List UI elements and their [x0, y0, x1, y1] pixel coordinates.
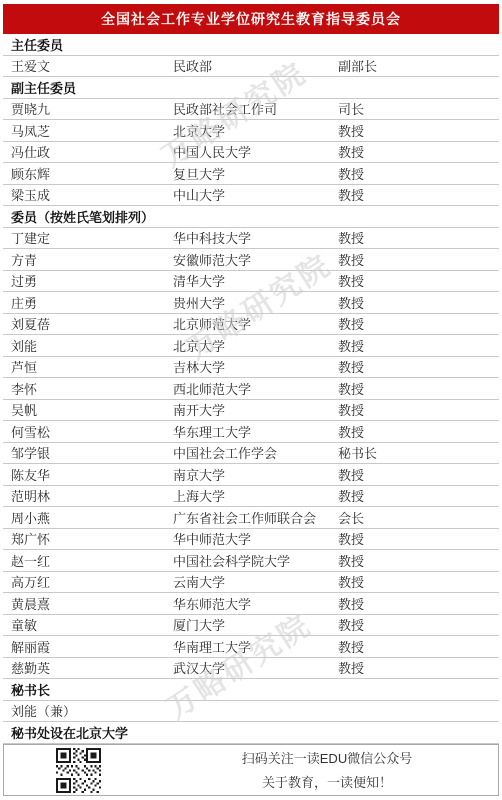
section-row: 副主任委员 [3, 77, 499, 99]
member-org-cell: 清华大学 [173, 271, 338, 290]
member-org-cell: 南开大学 [173, 400, 338, 419]
member-name-cell: 范明林 [11, 486, 173, 505]
table-row: 梁玉成 中山大学 教授 [3, 185, 499, 207]
section-label: 秘书处设在北京大学 [11, 723, 499, 742]
member-title-cell: 教授 [338, 572, 499, 591]
member-title-cell: 教授 [338, 228, 499, 247]
member-title-cell: 教授 [338, 164, 499, 183]
table-row: 芦恒 吉林大学 教授 [3, 357, 499, 379]
member-name-cell: 慈勤英 [11, 658, 173, 677]
member-title-cell: 教授 [338, 142, 499, 161]
member-name-cell: 丁建定 [11, 228, 173, 247]
page-title: 全国社会工作专业学位研究生教育指导委员会 [3, 4, 499, 34]
qr-code-image [56, 748, 101, 793]
member-name-cell: 解丽霞 [11, 637, 173, 656]
member-title-cell: 教授 [338, 185, 499, 204]
table-row: 吴帆 南开大学 教授 [3, 400, 499, 422]
member-title-cell: 教授 [338, 379, 499, 398]
member-title-cell: 副部长 [338, 56, 499, 75]
member-title-cell: 教授 [338, 637, 499, 656]
table-row: 王爱文 民政部 副部长 [3, 56, 499, 78]
member-org-cell: 安徽师范大学 [173, 250, 338, 269]
footer: 扫码关注一读EDU微信公众号 关于教育，一读便知！ [3, 744, 499, 796]
member-name-cell: 邹学银 [11, 443, 173, 462]
table-row: 贾晓九 民政部社会工作司 司长 [3, 99, 499, 121]
member-name-cell: 梁玉成 [11, 185, 173, 204]
member-org-cell: 华中科技大学 [173, 228, 338, 247]
table-row: 丁建定 华中科技大学 教授 [3, 228, 499, 250]
table-row: 过勇 清华大学 教授 [3, 271, 499, 293]
committee-table: 主任委员 王爱文 民政部 副部长 副主任委员 贾晓九 民政部社会工作司 司长 马… [3, 34, 499, 744]
member-name-cell: 王爱文 [11, 56, 173, 75]
member-org-cell: 中国人民大学 [173, 142, 338, 161]
member-title-cell: 教授 [338, 400, 499, 419]
member-title-cell: 教授 [338, 422, 499, 441]
table-row: 马凤芝 北京大学 教授 [3, 120, 499, 142]
member-title-cell: 教授 [338, 271, 499, 290]
table-row: 李怀 西北师范大学 教授 [3, 378, 499, 400]
member-name-cell: 李怀 [11, 379, 173, 398]
member-org-cell: 西北师范大学 [173, 379, 338, 398]
member-name-cell: 方青 [11, 250, 173, 269]
table-row: 何雪松 华东理工大学 教授 [3, 421, 499, 443]
member-org-cell: 贵州大学 [173, 293, 338, 312]
member-org-cell: 吉林大学 [173, 357, 338, 376]
member-org-cell: 中国社会科学院大学 [173, 551, 338, 570]
member-title-cell: 教授 [338, 357, 499, 376]
member-name-cell: 马凤芝 [11, 121, 173, 140]
member-title-cell: 秘书长 [338, 443, 499, 462]
member-name-cell: 何雪松 [11, 422, 173, 441]
member-name-cell: 刘能 [11, 336, 173, 355]
table-row: 童敏 厦门大学 教授 [3, 615, 499, 637]
member-title-cell: 教授 [338, 658, 499, 677]
member-org-cell: 民政部 [173, 56, 338, 75]
member-org-cell: 华南理工大学 [173, 637, 338, 656]
table-row: 刘能 北京大学 教授 [3, 335, 499, 357]
member-name-cell: 刘夏蓓 [11, 314, 173, 333]
table-row: 高万红 云南大学 教授 [3, 572, 499, 594]
member-title-cell: 教授 [338, 336, 499, 355]
table-row: 冯仕政 中国人民大学 教授 [3, 142, 499, 164]
member-title-cell: 教授 [338, 250, 499, 269]
member-name-cell: 贾晓九 [11, 99, 173, 118]
table-row: 庄勇 贵州大学 教授 [3, 292, 499, 314]
section-label: 秘书长 [11, 680, 499, 699]
member-org-cell: 上海大学 [173, 486, 338, 505]
table-row: 郑广怀 华中师范大学 教授 [3, 529, 499, 551]
table-row: 周小燕 广东省社会工作师联合会 会长 [3, 507, 499, 529]
member-org-cell: 复旦大学 [173, 164, 338, 183]
member-org-cell: 北京大学 [173, 336, 338, 355]
member-name-cell: 吴帆 [11, 400, 173, 419]
member-org-cell: 武汉大学 [173, 658, 338, 677]
section-row: 委员（按姓氏笔划排列） [3, 206, 499, 228]
member-name-cell: 冯仕政 [11, 142, 173, 161]
member-org-cell: 华东理工大学 [173, 422, 338, 441]
section-row: 秘书处设在北京大学 [3, 722, 499, 744]
member-name-cell: 陈友华 [11, 465, 173, 484]
member-name-cell: 童敏 [11, 615, 173, 634]
member-org-cell: 民政部社会工作司 [173, 99, 338, 118]
footer-line-1: 扫码关注一读EDU微信公众号 [156, 752, 498, 765]
section-row: 主任委员 [3, 34, 499, 56]
member-title-cell: 司长 [338, 99, 499, 118]
member-name-cell: 芦恒 [11, 357, 173, 376]
table-row: 刘能（兼） [3, 701, 499, 723]
member-name-cell: 赵一红 [11, 551, 173, 570]
member-org-cell: 中山大学 [173, 185, 338, 204]
footer-line-2: 关于教育，一读便知！ [156, 776, 498, 789]
table-row: 范明林 上海大学 教授 [3, 486, 499, 508]
member-org-cell: 广东省社会工作师联合会 [173, 508, 338, 527]
table-row: 刘夏蓓 北京师范大学 教授 [3, 314, 499, 336]
member-title-cell: 教授 [338, 314, 499, 333]
member-title-cell: 教授 [338, 551, 499, 570]
member-name-cell: 顾东辉 [11, 164, 173, 183]
member-org-cell: 南京大学 [173, 465, 338, 484]
member-org-cell: 北京师范大学 [173, 314, 338, 333]
member-title-cell: 教授 [338, 594, 499, 613]
table-row: 陈友华 南京大学 教授 [3, 464, 499, 486]
table-row: 邹学银 中国社会工作学会 秘书长 [3, 443, 499, 465]
table-row: 慈勤英 武汉大学 教授 [3, 658, 499, 680]
member-title-cell: 教授 [338, 486, 499, 505]
member-org-cell: 厦门大学 [173, 615, 338, 634]
section-label: 副主任委员 [11, 78, 499, 97]
member-title-cell: 教授 [338, 293, 499, 312]
member-name-cell: 周小燕 [11, 508, 173, 527]
member-org-cell: 北京大学 [173, 121, 338, 140]
member-org-cell: 云南大学 [173, 572, 338, 591]
member-org-cell: 华东师范大学 [173, 594, 338, 613]
member-title-cell: 教授 [338, 465, 499, 484]
section-row: 秘书长 [3, 679, 499, 701]
qr-code [56, 748, 101, 793]
table-row: 解丽霞 华南理工大学 教授 [3, 636, 499, 658]
member-name-cell: 高万红 [11, 572, 173, 591]
member-name-cell: 郑广怀 [11, 529, 173, 548]
member-name-cell: 过勇 [11, 271, 173, 290]
table-row: 方青 安徽师范大学 教授 [3, 249, 499, 271]
table-row: 赵一红 中国社会科学院大学 教授 [3, 550, 499, 572]
member-name-cell: 黄晨熹 [11, 594, 173, 613]
page: 全国社会工作专业学位研究生教育指导委员会 主任委员 王爱文 民政部 副部长 副主… [0, 0, 502, 800]
table-row: 黄晨熹 华东师范大学 教授 [3, 593, 499, 615]
member-org-cell: 华中师范大学 [173, 529, 338, 548]
table-row: 顾东辉 复旦大学 教授 [3, 163, 499, 185]
member-name-cell: 刘能（兼） [11, 701, 173, 720]
member-name-cell: 庄勇 [11, 293, 173, 312]
member-org-cell: 中国社会工作学会 [173, 443, 338, 462]
member-title-cell: 教授 [338, 529, 499, 548]
section-label: 委员（按姓氏笔划排列） [11, 207, 499, 226]
footer-text: 扫码关注一读EDU微信公众号 关于教育，一读便知！ [156, 752, 498, 789]
member-title-cell: 教授 [338, 121, 499, 140]
member-title-cell: 教授 [338, 615, 499, 634]
member-title-cell: 会长 [338, 508, 499, 527]
section-label: 主任委员 [11, 35, 499, 54]
